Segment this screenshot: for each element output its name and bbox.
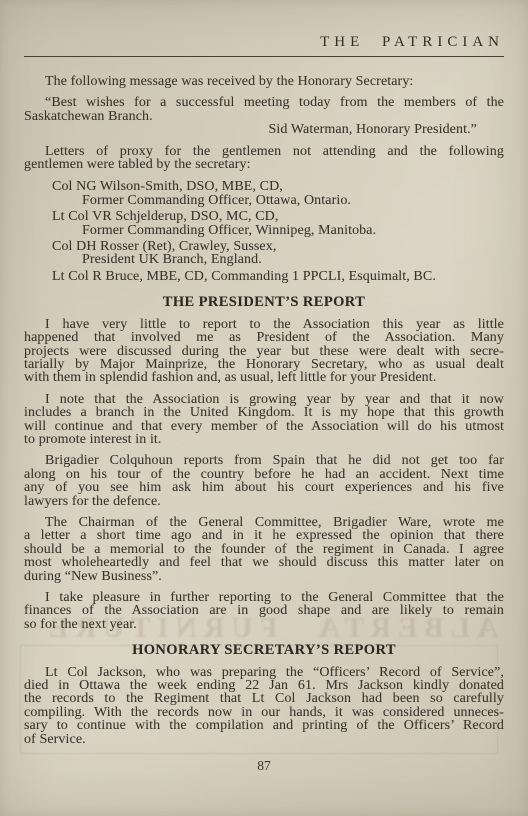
text-line: Lt Col Jackson, who was preparing the “O… (24, 666, 504, 679)
proxy-line: Col DH Rosser (Ret), Crawley, Sussex, (24, 240, 504, 253)
text-line: I note that the Association is growing y… (24, 393, 504, 406)
proxy-line: Col NG Wilson-Smith, DSO, MBE, CD, (24, 180, 504, 193)
text-line: finances of the Association are in good … (24, 604, 504, 617)
text-line: projects were discussed during the year … (24, 345, 504, 358)
paragraph: I have very little to report to the Asso… (24, 318, 504, 385)
paragraph: I note that the Association is growing y… (24, 393, 504, 447)
page-header: THE PATRICIAN (0, 0, 528, 51)
text-line: of Service. (24, 733, 504, 746)
page-body: The following message was received by th… (24, 57, 504, 746)
proxy-entry: Col NG Wilson-Smith, DSO, MBE, CD,Former… (24, 180, 504, 207)
text-line: Letters of proxy for the gentlemen not a… (24, 145, 504, 158)
text-line: includes a branch in the United Kingdom.… (24, 406, 504, 419)
proxy-entry: Lt Col R Bruce, MBE, CD, Commanding 1 PP… (24, 270, 504, 283)
paragraph: Brigadier Colquhoun reports from Spain t… (24, 454, 504, 508)
page-footer: 87 (0, 758, 528, 774)
proxy-list: Col NG Wilson-Smith, DSO, MBE, CD,Former… (24, 180, 504, 283)
text-line: so for the next year. (24, 618, 504, 631)
paragraph: Lt Col Jackson, who was preparing the “O… (24, 666, 504, 746)
text-line: during “New Business”. (24, 570, 504, 583)
text-line: Brigadier Colquhoun reports from Spain t… (24, 454, 504, 467)
paragraph: The following message was received by th… (24, 75, 504, 88)
paragraph: The Chairman of the General Committee, B… (24, 516, 504, 583)
text-line: any of you see him ask him about his cou… (24, 481, 504, 494)
text-line: The following message was received by th… (24, 75, 504, 88)
text-line: a letter a short time ago and in it he e… (24, 529, 504, 542)
page-number: 87 (257, 758, 271, 773)
section-heading: THE PRESIDENT’S REPORT (24, 296, 504, 309)
text-line: most wholeheartedly and feel that we sho… (24, 556, 504, 569)
text-line: with them in splendid fashion and, as us… (24, 371, 504, 384)
proxy-entry: Lt Col VR Schjelderup, DSO, MC, CD,Forme… (24, 210, 504, 237)
text-line: lawyers for the defence. (24, 495, 504, 508)
text-line: happened that involved me as President o… (24, 331, 504, 344)
proxy-line: President UK Branch, England. (24, 253, 504, 266)
publication-title: THE PATRICIAN (320, 34, 504, 50)
paragraph: “Best wishes for a successful meeting to… (24, 96, 504, 123)
section-heading: HONORARY SECRETARY’S REPORT (24, 644, 504, 657)
proxy-line: Lt Col VR Schjelderup, DSO, MC, CD, (24, 210, 504, 223)
text-line: Saskatchewan Branch. (24, 110, 504, 123)
text-line: “Best wishes for a successful meeting to… (24, 96, 504, 109)
text-line: gentlemen were tabled by the secretary: (24, 158, 504, 171)
text-line: the records to the Regiment that Lt Col … (24, 692, 504, 705)
proxy-entry: Col DH Rosser (Ret), Crawley, Sussex,Pre… (24, 240, 504, 267)
text-line: The Chairman of the General Committee, B… (24, 516, 504, 529)
scanned-magazine-page: ALBERTA FURNITURE THE PATRICIAN The foll… (0, 0, 528, 816)
proxy-line: Lt Col R Bruce, MBE, CD, Commanding 1 PP… (24, 270, 504, 283)
paragraph: Letters of proxy for the gentlemen not a… (24, 145, 504, 172)
text-line: to promote interest in it. (24, 433, 504, 446)
text-line: sary to continue with the compilation an… (24, 719, 504, 732)
proxy-line: Former Commanding Officer, Ottawa, Ontar… (24, 194, 504, 207)
paragraph: I take pleasure in further reporting to … (24, 591, 504, 631)
attribution-line: Sid Waterman, Honorary President.” (24, 123, 504, 136)
proxy-line: Former Commanding Officer, Winnipeg, Man… (24, 224, 504, 237)
text-line: will continue and that every member of t… (24, 420, 504, 433)
